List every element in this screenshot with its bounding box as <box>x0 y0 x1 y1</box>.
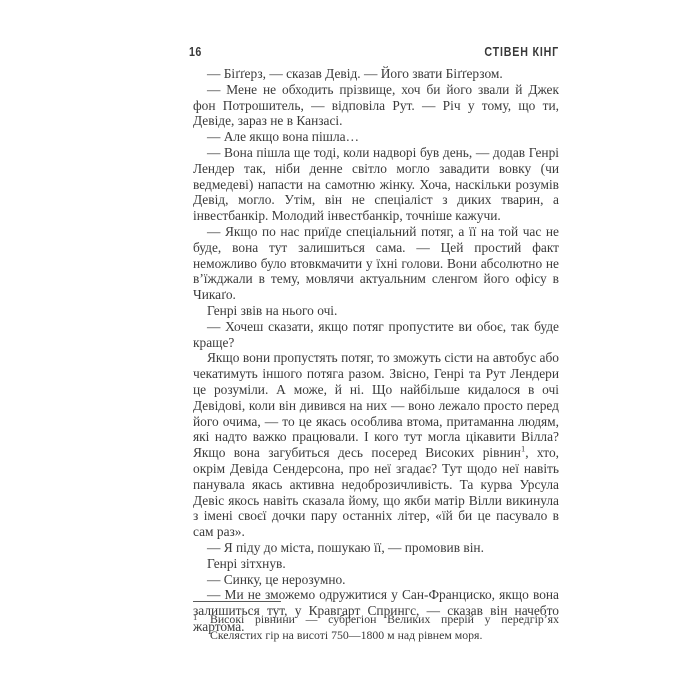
paragraph-text: Якщо вони пропустять потяг, то зможуть с… <box>193 350 559 460</box>
paragraph: — Я піду до міста, пошукаю її, — промови… <box>193 540 559 556</box>
footnote-marker: 1 <box>193 609 197 625</box>
paragraph: — Вона пішла ще тоді, коли надворі був д… <box>193 145 559 224</box>
footnote-separator <box>193 601 281 602</box>
paragraph: — Біґґерз, — сказав Девід. — Його звати … <box>193 66 559 82</box>
page-number: 16 <box>189 44 202 59</box>
paragraph: — Мене не обходить прізвище, хоч би його… <box>193 82 559 129</box>
book-page: 16 СТІВЕН КІНГ — Біґґерз, — сказав Девід… <box>0 0 700 700</box>
footnote: 1 Високі рівнини — субрегіон Великих пре… <box>193 611 559 644</box>
paragraph: — Якщо по нас приїде спеціальний потяг, … <box>193 224 559 303</box>
paragraph: Генрі зітхнув. <box>193 556 559 572</box>
paragraph: Генрі звів на нього очі. <box>193 303 559 319</box>
footnote-text: Високі рівнини — субрегіон Великих прері… <box>210 612 559 642</box>
paragraph: — Але якщо вона пішла… <box>193 129 559 145</box>
paragraph-with-footnote-ref: Якщо вони пропустять потяг, то зможуть с… <box>193 350 559 540</box>
paragraph: — Хочеш сказати, якщо потяг пропустите в… <box>193 319 559 351</box>
footnote-block: 1 Високі рівнини — субрегіон Великих пре… <box>193 601 559 644</box>
body-text-block: — Біґґерз, — сказав Девід. — Його звати … <box>193 66 559 635</box>
paragraph: — Синку, це нерозумно. <box>193 572 559 588</box>
running-title: СТІВЕН КІНГ <box>484 44 559 59</box>
running-head: 16 СТІВЕН КІНГ <box>189 44 559 59</box>
